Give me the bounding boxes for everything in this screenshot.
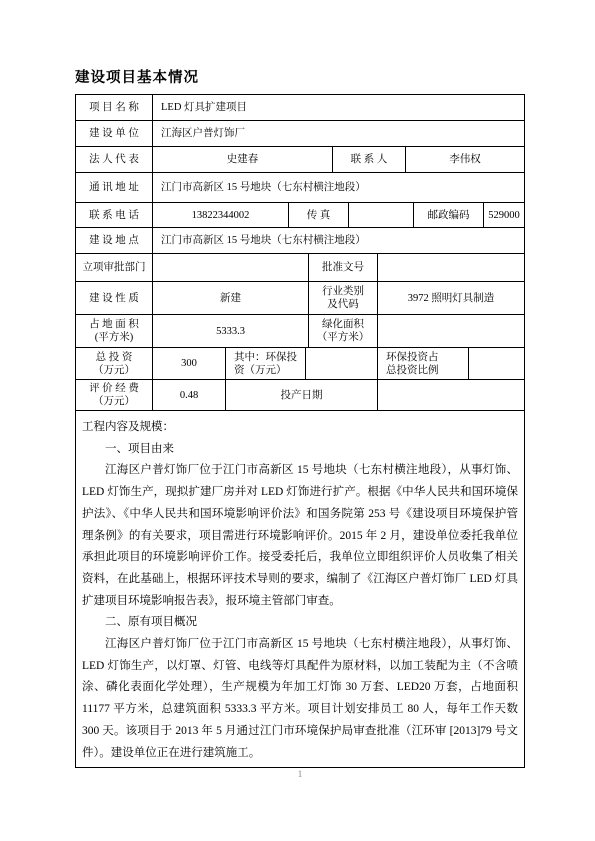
page-number: 1	[75, 770, 525, 780]
postcode-label: 邮政编码	[414, 203, 484, 227]
document-page: 建设项目基本情况 项 目 名 称 LED 灯具扩建项目 建 设 单 位 江海区户…	[0, 0, 595, 841]
table-row-approval-dept: 立项审批部门 批准文号	[76, 254, 524, 282]
nature-label: 建 设 性 质	[76, 282, 153, 314]
table-row-land-area: 占 地 面 积 (平方米) 5333.3 绿化面积 （平方米）	[76, 315, 524, 348]
section-heading-2: 二、原有项目概况	[82, 612, 518, 634]
table-row-project-name: 项 目 名 称 LED 灯具扩建项目	[76, 95, 524, 121]
env-investment-value	[306, 348, 378, 379]
project-name-label: 项 目 名 称	[76, 95, 153, 120]
env-ratio-label: 环保投资占 总投资比例	[378, 348, 469, 379]
project-content-section: 工程内容及规模： 一、项目由来 江海区户普灯饰厂位于江门市高新区 15 号地块（…	[76, 411, 524, 767]
green-area-label: 绿化面积 （平方米）	[309, 315, 378, 347]
approval-doc-value	[378, 254, 524, 281]
document-content: 建设项目基本情况 项 目 名 称 LED 灯具扩建项目 建 设 单 位 江海区户…	[75, 66, 525, 768]
approval-doc-label: 批准文号	[309, 254, 378, 281]
contact-person-value: 李伟权	[406, 147, 524, 172]
mail-address-label: 通 讯 地 址	[76, 173, 153, 202]
postcode-value: 529000	[484, 203, 524, 227]
land-area-value: 5333.3	[153, 315, 309, 347]
table-row-builder: 建 设 单 位 江海区户普灯饰厂	[76, 121, 524, 147]
industry-code-label: 行业类别 及代码	[309, 282, 378, 314]
eval-cost-label: 评 价 经 费 （万元）	[76, 380, 153, 410]
fax-label: 传 真	[289, 203, 349, 227]
builder-label: 建 设 单 位	[76, 121, 153, 146]
phone-label: 联 系 电 话	[76, 203, 153, 227]
env-ratio-value	[469, 348, 524, 379]
approval-dept-value	[153, 254, 309, 281]
industry-code-value: 3972 照明灯具制造	[378, 282, 524, 314]
table-row-eval-cost: 评 价 经 费 （万元） 0.48 投产日期	[76, 380, 524, 411]
eval-cost-value: 0.48	[153, 380, 226, 410]
mail-address-value: 江门市高新区 15 号地块（七东村横注地段）	[153, 173, 524, 202]
legal-rep-label: 法 人 代 表	[76, 147, 153, 172]
legal-rep-value: 史建春	[153, 147, 333, 172]
contact-person-label: 联 系 人	[333, 147, 406, 172]
table-row-legal-rep: 法 人 代 表 史建春 联 系 人 李伟权	[76, 147, 524, 173]
table-row-site: 建 设 地 点 江门市高新区 15 号地块（七东村横注地段）	[76, 228, 524, 254]
paragraph-project-origin: 江海区户普灯饰厂位于江门市高新区 15 号地块（七东村横注地段），从事灯饰、LE…	[82, 460, 518, 612]
section-label: 工程内容及规模：	[82, 417, 518, 439]
table-row-phone: 联 系 电 话 13822344002 传 真 邮政编码 529000	[76, 203, 524, 228]
site-label: 建 设 地 点	[76, 228, 153, 253]
project-name-value: LED 灯具扩建项目	[153, 95, 524, 120]
total-investment-label: 总 投 资 （万元）	[76, 348, 153, 379]
project-info-table: 项 目 名 称 LED 灯具扩建项目 建 设 单 位 江海区户普灯饰厂 法 人 …	[75, 94, 525, 768]
production-date-label: 投产日期	[226, 380, 378, 410]
section-heading-1: 一、项目由来	[82, 439, 518, 461]
land-area-label: 占 地 面 积 (平方米)	[76, 315, 153, 347]
green-area-value	[378, 315, 524, 347]
table-row-mail-address: 通 讯 地 址 江门市高新区 15 号地块（七东村横注地段）	[76, 173, 524, 203]
page-title: 建设项目基本情况	[75, 66, 525, 87]
paragraph-existing-project: 江海区户普灯饰厂位于江门市高新区 15 号地块（七东村横注地段），从事灯饰、LE…	[82, 634, 518, 764]
table-row-nature: 建 设 性 质 新建 行业类别 及代码 3972 照明灯具制造	[76, 282, 524, 315]
site-value: 江门市高新区 15 号地块（七东村横注地段）	[153, 228, 524, 253]
approval-dept-label: 立项审批部门	[76, 254, 153, 281]
builder-value: 江海区户普灯饰厂	[153, 121, 524, 146]
table-row-investment: 总 投 资 （万元） 300 其中：环保投 资（万元） 环保投资占 总投资比例	[76, 348, 524, 380]
table-row-project-content: 工程内容及规模： 一、项目由来 江海区户普灯饰厂位于江门市高新区 15 号地块（…	[76, 411, 524, 767]
nature-value: 新建	[153, 282, 309, 314]
phone-value: 13822344002	[153, 203, 289, 227]
total-investment-value: 300	[153, 348, 226, 379]
env-investment-label: 其中：环保投 资（万元）	[226, 348, 306, 379]
fax-value	[349, 203, 414, 227]
production-date-value	[378, 380, 524, 410]
